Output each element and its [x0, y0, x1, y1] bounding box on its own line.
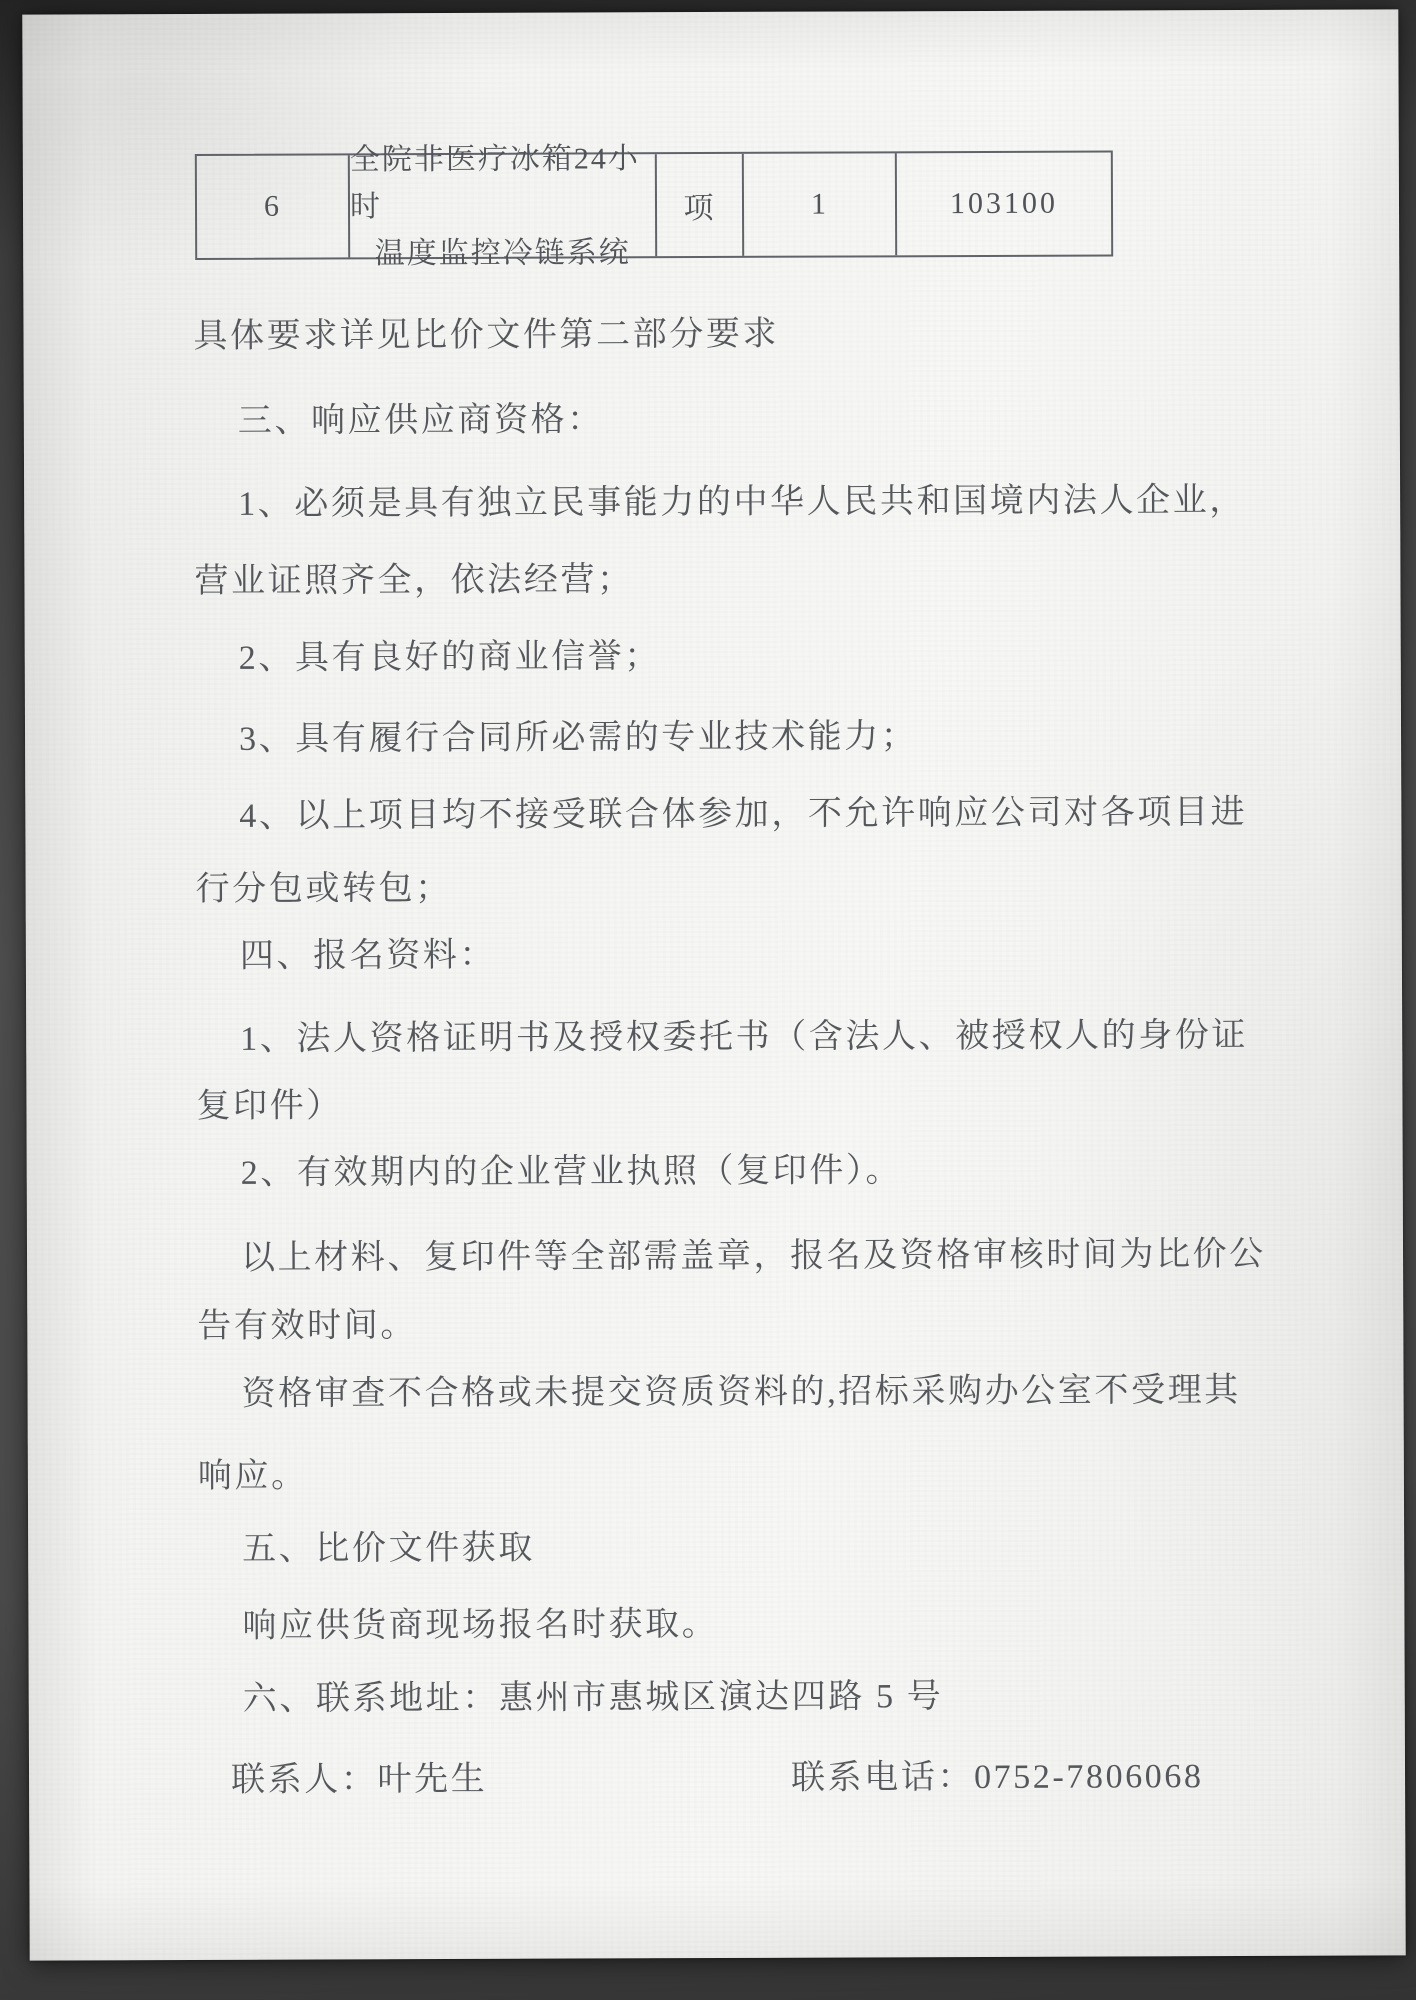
contact-phone-label: 联系电话：	[791, 1759, 974, 1797]
paragraph-material-1a: 1、法人资格证明书及授权委托书（含法人、被授权人的身份证	[196, 1016, 1248, 1060]
paragraph-seal-note-a: 以上材料、复印件等全部需盖章，报名及资格审核时间为比价公	[197, 1235, 1266, 1279]
contact-phone-number: 0752-7806068	[974, 1758, 1204, 1796]
paragraph-qualification-4b: 行分包或转包；	[196, 869, 452, 910]
item-index: 6	[264, 190, 281, 224]
paragraph-document-obtain: 响应供货商现场报名时获取。	[198, 1605, 718, 1647]
item-unit: 项	[683, 183, 715, 227]
paragraph-material-2: 2、有效期内的企业营业执照（复印件）。	[197, 1151, 903, 1194]
scanned-page: 6 全院非医疗冰箱24小时 温度监控冷链系统 项 1 103100 具体要求详见…	[22, 9, 1405, 1960]
table-cell-quantity: 1	[742, 153, 895, 256]
contact-person-label: 联系人：	[231, 1761, 378, 1799]
paragraph-qualification-2: 2、具有良好的商业信誉；	[195, 637, 661, 679]
paragraph-qualification-1a: 1、必须是具有独立民事能力的中华人民共和国境内法人企业，	[194, 481, 1246, 525]
table-cell-item-name: 全院非医疗冰箱24小时 温度监控冷链系统	[348, 154, 655, 257]
paragraph-requirement-note: 具体要求详见比价文件第二部分要求	[193, 315, 779, 357]
contact-person: 联系人：叶先生	[231, 1751, 487, 1801]
paragraph-qualification-1b: 营业证照齐全，依法经营；	[194, 560, 633, 602]
contact-person-name: 叶先生	[377, 1761, 487, 1798]
heading-section-3: 三、响应供应商资格：	[194, 400, 604, 442]
table-cell-unit: 项	[655, 154, 742, 256]
paragraph-review-note-b: 响应。	[198, 1457, 308, 1498]
heading-section-6-address: 六、联系地址：惠州市惠城区演达四路 5 号	[199, 1677, 944, 1720]
heading-section-5: 五、比价文件获取	[198, 1529, 535, 1570]
heading-section-4: 四、报名资料：	[196, 936, 496, 977]
contact-phone: 联系电话：0752-7806068	[791, 1748, 1204, 1799]
paragraph-qualification-3: 3、具有履行合同所必需的专业技术能力；	[195, 717, 918, 760]
paragraph-review-note-a: 资格审查不合格或未提交资质资料的,招标采购办公室不受理其	[197, 1371, 1240, 1415]
table-cell-index: 6	[197, 155, 348, 258]
item-quantity: 1	[811, 188, 828, 222]
table-cell-amount: 103100	[895, 152, 1111, 255]
paragraph-qualification-4a: 4、以上项目均不接受联合体参加，不允许响应公司对各项目进	[195, 793, 1247, 837]
item-name-line1: 全院非医疗冰箱24小时	[350, 135, 655, 230]
item-amount: 103100	[950, 187, 1058, 221]
paragraph-material-1b: 复印件）	[196, 1086, 343, 1127]
contact-line: 联系人：叶先生 联系电话：0752-7806068	[199, 1748, 1299, 1752]
paragraph-seal-note-b: 告有效时间。	[197, 1306, 417, 1347]
item-name-line2: 温度监控冷链系统	[375, 229, 631, 277]
item-table: 6 全院非医疗冰箱24小时 温度监控冷链系统 项 1 103100	[195, 150, 1113, 260]
page-content: 6 全院非医疗冰箱24小时 温度监控冷链系统 项 1 103100 具体要求详见…	[22, 9, 1405, 1960]
